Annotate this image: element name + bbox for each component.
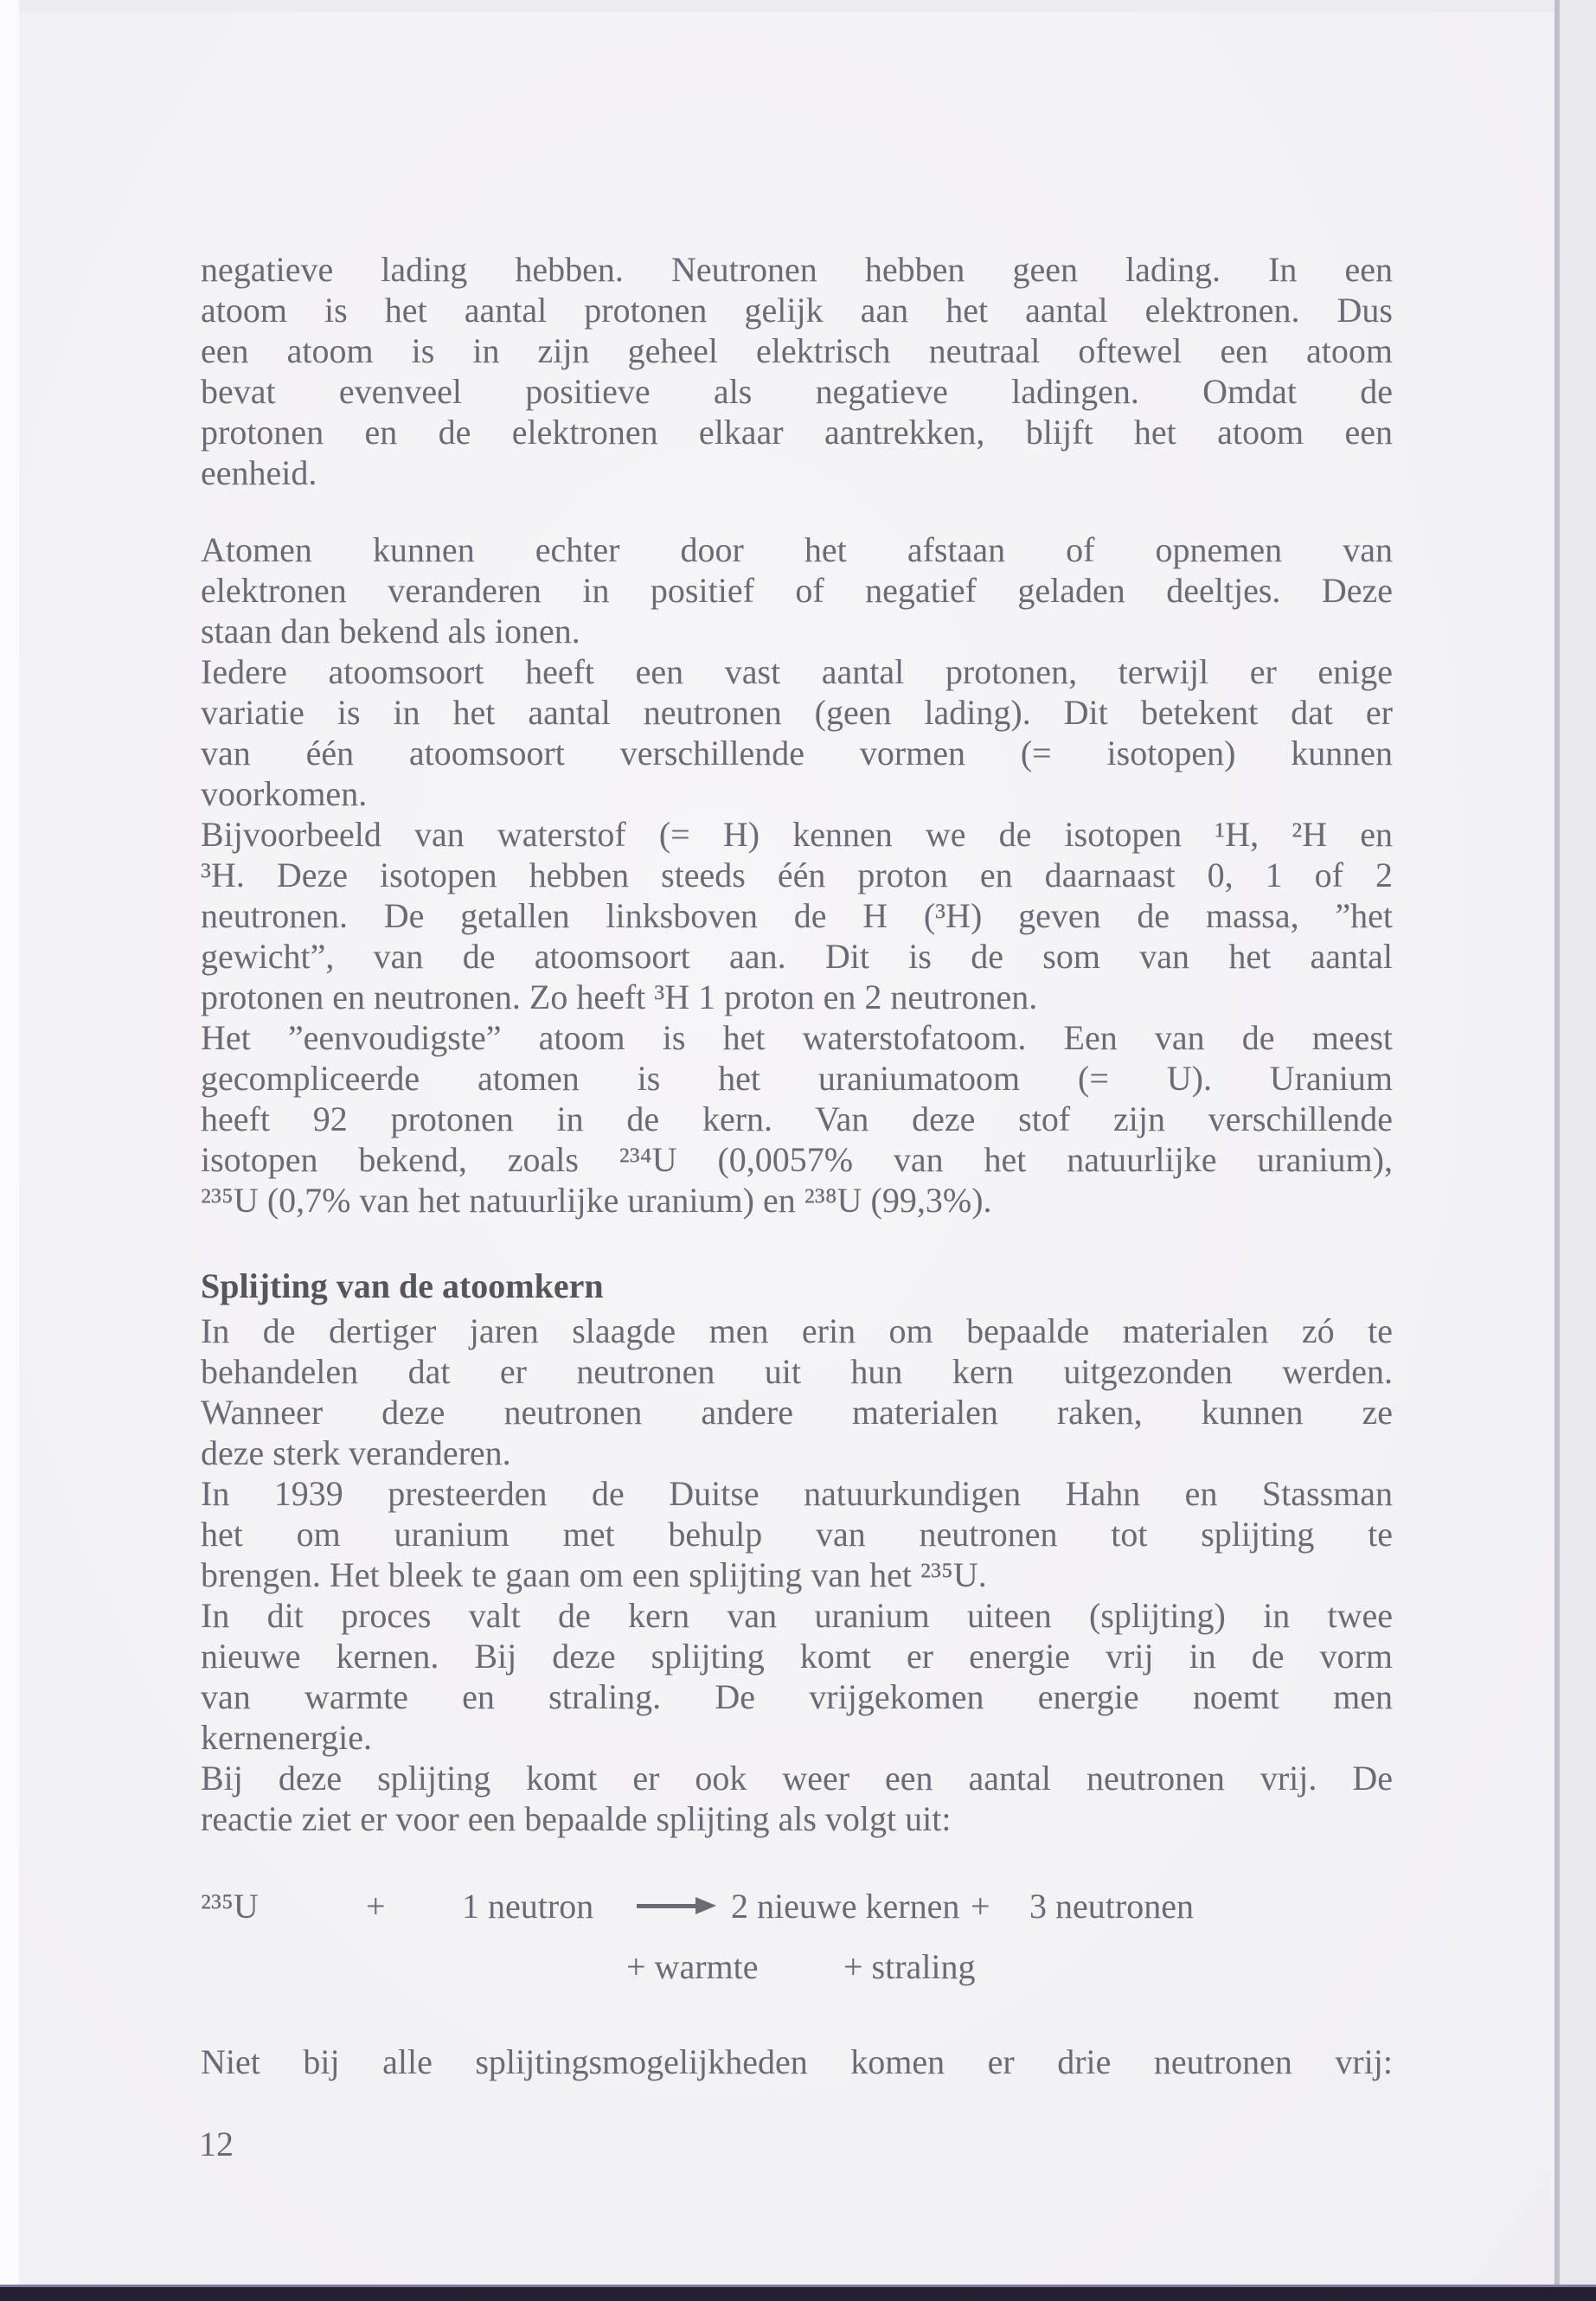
- text-line: voorkomen.: [201, 773, 1393, 814]
- text-line: gecompliceerde atomen is het uraniumatoo…: [201, 1058, 1393, 1099]
- page-edge-margin: [1560, 0, 1596, 2301]
- text-line: eenheid.: [201, 452, 1393, 493]
- heat-term: + warmte: [626, 1946, 759, 1987]
- plus-operator: +: [971, 1886, 990, 1926]
- text-line: atoom is het aantal protonen gelijk aan …: [201, 290, 1393, 330]
- text-line: Het ”eenvoudigste” atoom is het watersto…: [201, 1017, 1393, 1058]
- text-line: elektronen veranderen in positief of neg…: [201, 570, 1393, 611]
- text-line: een atoom is in zijn geheel elektrisch n…: [201, 330, 1393, 371]
- text-line: kernenergie.: [201, 1717, 1393, 1758]
- text-line: deze sterk veranderen.: [201, 1433, 1393, 1473]
- text-line: staan dan bekend als ionen.: [201, 611, 1393, 651]
- text-line: het om uranium met behulp van neutronen …: [201, 1514, 1393, 1554]
- body-text-column: negatieve lading hebben. Neutronen hebbe…: [201, 249, 1393, 2082]
- text-line: Iedere atoomsoort heeft een vast aantal …: [201, 651, 1393, 692]
- text-line: gewicht”, van de atoomsoort aan. Dit is …: [201, 936, 1393, 977]
- page-edge-line: [1554, 0, 1560, 2301]
- text-line: Bij deze splijting komt er ook weer een …: [201, 1758, 1393, 1798]
- text-line: behandelen dat er neutronen uit hun kern…: [201, 1351, 1393, 1392]
- text-line: Bijvoorbeeld van waterstof (= H) kennen …: [201, 814, 1393, 855]
- text-line: In de dertiger jaren slaagde men erin om…: [201, 1311, 1393, 1351]
- text-line: negatieve lading hebben. Neutronen hebbe…: [201, 249, 1393, 290]
- text-line: bevat evenveel positieve als negatieve l…: [201, 371, 1393, 412]
- text-line: Atomen kunnen echter door het afstaan of…: [201, 529, 1393, 570]
- fission-equation-continued: + warmte + straling: [201, 1946, 1393, 1987]
- closing-line: Niet bij alle splijtingsmogelijkheden ko…: [201, 2041, 1393, 2082]
- product-term-neutronen: 3 neutronen: [1029, 1886, 1194, 1926]
- text-line: In dit proces valt de kern van uranium u…: [201, 1595, 1393, 1636]
- arrow-right-icon: [637, 1904, 697, 1908]
- text-line: protonen en de elektronen elkaar aantrek…: [201, 412, 1393, 452]
- left-scan-edge: [0, 0, 19, 2301]
- radiation-term: + straling: [843, 1946, 976, 1987]
- text-line: ³H. Deze isotopen hebben steeds één prot…: [201, 855, 1393, 895]
- plus-operator: +: [366, 1886, 386, 1926]
- top-scan-edge: [0, 0, 1596, 12]
- section-heading: Splijting van de atoomkern: [201, 1261, 1393, 1311]
- text-line: In 1939 presteerden de Duitse natuurkund…: [201, 1473, 1393, 1514]
- scanned-page: negatieve lading hebben. Neutronen hebbe…: [0, 0, 1596, 2301]
- text-line: heeft 92 protonen in de kern. Van deze s…: [201, 1099, 1393, 1139]
- text-line: Wanneer deze neutronen andere materialen…: [201, 1392, 1393, 1433]
- reactant-u235: ²³⁵U: [201, 1886, 259, 1926]
- text-line: neutronen. De getallen linksboven de H (…: [201, 895, 1393, 936]
- text-line: nieuwe kernen. Bij deze splijting komt e…: [201, 1636, 1393, 1676]
- neutron-term: 1 neutron: [462, 1886, 593, 1926]
- text-line: van één atoomsoort verschillende vormen …: [201, 733, 1393, 773]
- text-line: van warmte en straling. De vrijgekomen e…: [201, 1676, 1393, 1717]
- bottom-scan-bar: [0, 2285, 1596, 2301]
- product-term-kernen: 2 nieuwe kernen: [731, 1886, 959, 1926]
- fission-equation: ²³⁵U + 1 neutron 2 nieuwe kernen + 3 neu…: [201, 1886, 1393, 1946]
- page-number: 12: [199, 2124, 234, 2164]
- text-line: brengen. Het bleek te gaan om een splijt…: [201, 1554, 1393, 1595]
- text-line: protonen en neutronen. Zo heeft ³H 1 pro…: [201, 977, 1393, 1017]
- text-line: ²³⁵U (0,7% van het natuurlijke uranium) …: [201, 1180, 1393, 1221]
- text-line: reactie ziet er voor een bepaalde splijt…: [201, 1798, 1393, 1839]
- text-line: variatie is in het aantal neutronen (gee…: [201, 692, 1393, 733]
- text-line: isotopen bekend, zoals ²³⁴U (0,0057% van…: [201, 1139, 1393, 1180]
